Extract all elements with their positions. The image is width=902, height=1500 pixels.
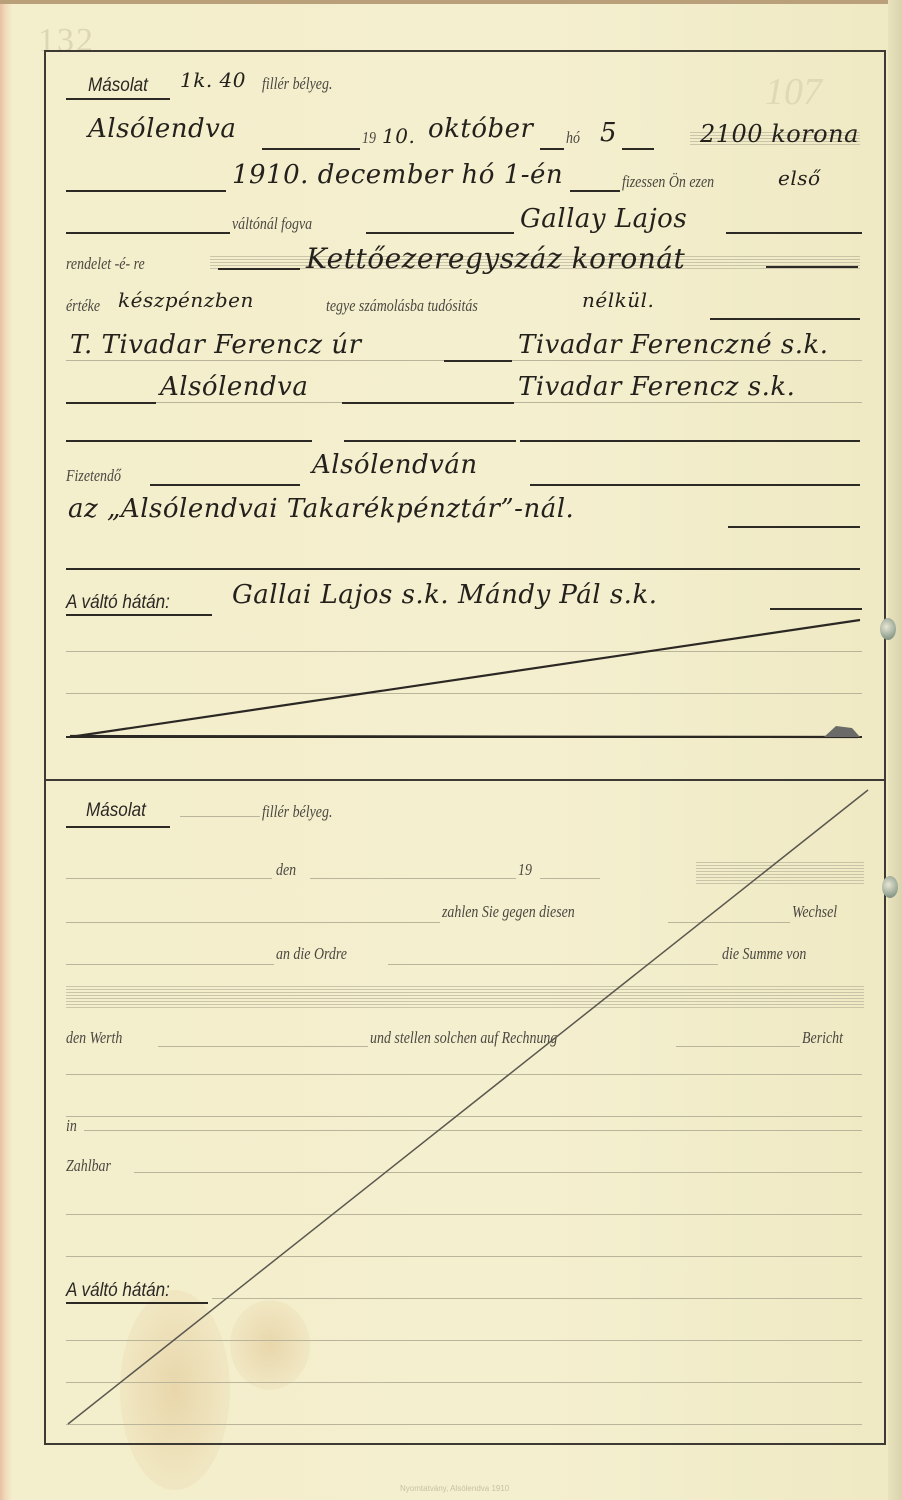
printer-note: Nyomtatvány, Alsólendva 1910 [400, 1484, 509, 1493]
cancellation-strokes [0, 0, 902, 1500]
lower-cancel-stroke [68, 790, 868, 1424]
document-page: 132 107 Másolat 1k. 40 fillér bélyeg. Al… [0, 0, 902, 1500]
upper-cancel-stroke [70, 620, 860, 737]
